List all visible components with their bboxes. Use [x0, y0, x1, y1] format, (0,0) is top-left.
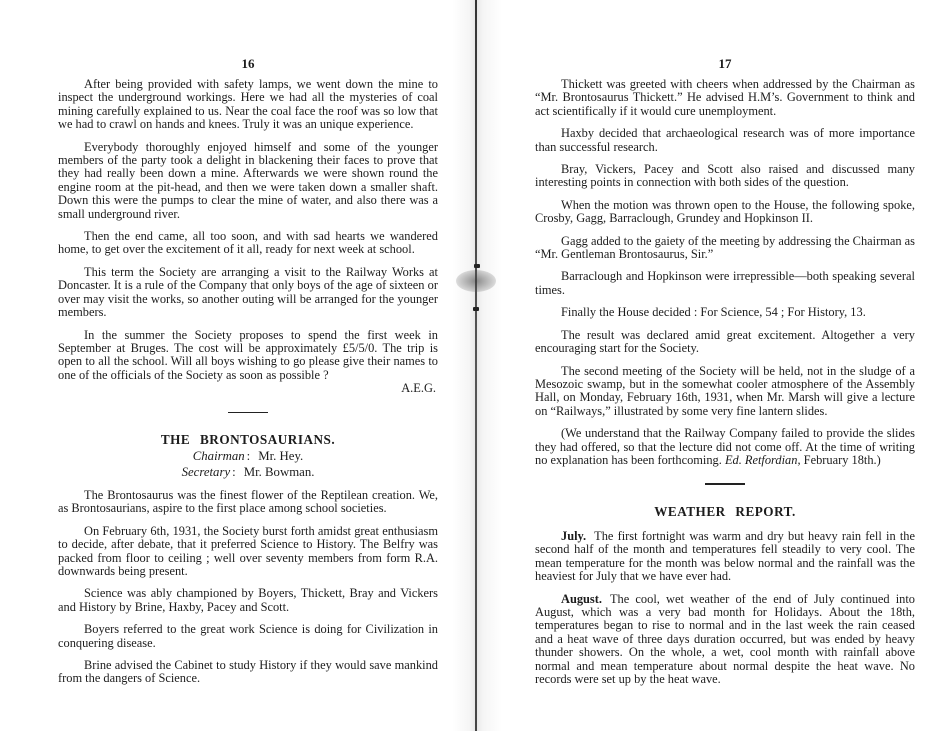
paragraph: On February 6th, 1931, the Society burst…: [58, 525, 438, 579]
section-title: THE BRONTOSAURIANS.: [58, 433, 438, 446]
paragraph: This term the Society are arranging a vi…: [58, 266, 438, 320]
officer-name: Mr. Hey.: [258, 449, 303, 463]
paragraph: In the summer the Society proposes to sp…: [58, 329, 438, 383]
officer-name: Mr. Bowman.: [244, 465, 315, 479]
author-signature: A.E.G.: [58, 382, 438, 395]
paragraph: After being provided with safety lamps, …: [58, 78, 438, 132]
officer-secretary: Secretary:Mr. Bowman.: [58, 466, 438, 479]
paragraph: The Brontosaurus was the finest flower o…: [58, 489, 438, 516]
page-number: 17: [535, 56, 915, 72]
paragraph: Then the end came, all too soon, and wit…: [58, 230, 438, 257]
paragraph: Everybody thoroughly enjoyed himself and…: [58, 141, 438, 221]
section-divider: [705, 483, 745, 484]
paragraph: Boyers referred to the great work Scienc…: [58, 623, 438, 650]
paragraph: Science was ably championed by Boyers, T…: [58, 587, 438, 614]
paragraph: Finally the House decided : For Science,…: [535, 306, 915, 319]
weather-entry-july: July.The first fortnight was warm and dr…: [535, 530, 915, 584]
staple-icon: [456, 270, 496, 292]
staple-bottom-icon: [473, 307, 479, 311]
book-spine: [475, 0, 477, 731]
page-number: 16: [58, 56, 438, 72]
staple-top-icon: [474, 264, 480, 268]
month-label: July.: [561, 529, 586, 543]
paragraph: Brine advised the Cabinet to study Histo…: [58, 659, 438, 686]
paragraph: The second meeting of the Society will b…: [535, 365, 915, 419]
paragraph: Bray, Vickers, Pacey and Scott also rais…: [535, 163, 915, 190]
right-page-body: Thickett was greeted with cheers when ad…: [535, 78, 915, 695]
weather-entry-august: August.The cool, wet weather of the end …: [535, 593, 915, 687]
paragraph: When the motion was thrown open to the H…: [535, 199, 915, 226]
paragraph: The result was declared amid great excit…: [535, 329, 915, 356]
section-divider: [228, 412, 268, 413]
publication-name: Ed. Retfordian,: [725, 453, 801, 467]
left-page-body: After being provided with safety lamps, …: [58, 78, 438, 695]
editor-note: (We understand that the Railway Company …: [535, 427, 915, 467]
officer-chairman: Chairman:Mr. Hey.: [58, 450, 438, 463]
officer-role: Secretary: [182, 465, 231, 479]
officer-role: Chairman: [193, 449, 245, 463]
paragraph: Gagg added to the gaiety of the meeting …: [535, 235, 915, 262]
section-title: WEATHER REPORT.: [535, 505, 915, 518]
month-label: August.: [561, 592, 602, 606]
book-spread: 16 After being provided with safety lamp…: [0, 0, 950, 731]
paragraph: Haxby decided that archaeological resear…: [535, 127, 915, 154]
gutter-shadow: [452, 0, 502, 731]
paragraph: Thickett was greeted with cheers when ad…: [535, 78, 915, 118]
paragraph: Barraclough and Hopkinson were irrepress…: [535, 270, 915, 297]
